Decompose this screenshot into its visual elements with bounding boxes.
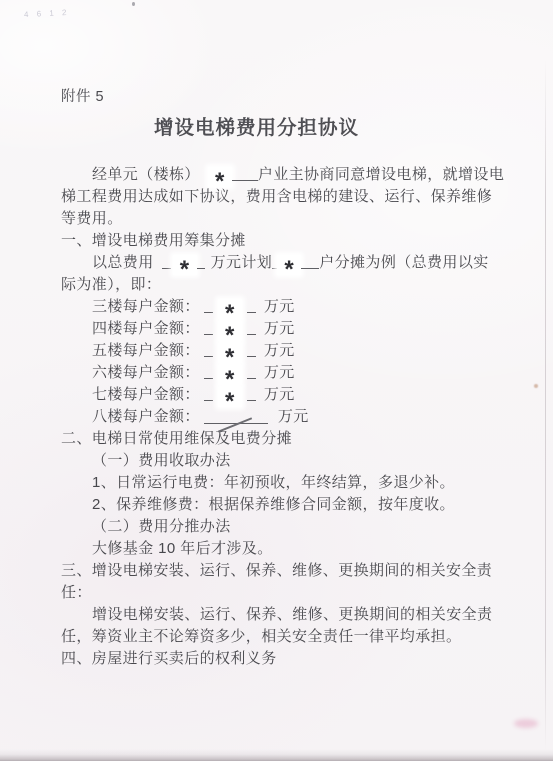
line-text: 三楼每户金额： <box>92 298 200 315</box>
redaction-star-patch: * <box>218 299 242 319</box>
blank-underline <box>197 254 205 269</box>
document-line: 四、房屋进行买卖后的权利义务 <box>61 648 507 670</box>
line-text: 增设电梯安装、运行、保养、维修、更换期间的相关安全责 <box>92 606 492 623</box>
line-text: 户业主协商同意增设电梯，就增设电 <box>258 166 504 183</box>
document-line: 2、保养维修费：根据保养维修合同金额，按年度收。 <box>61 494 507 516</box>
line-text: 万元计划 <box>211 254 273 271</box>
document-line: 经单元（楼栋）*户业主协商同意增设电梯，就增设电 <box>61 164 507 186</box>
spacer <box>256 310 264 311</box>
line-text: （二）费用分推办法 <box>92 518 231 535</box>
paper-edge-line <box>545 60 546 751</box>
scan-speck <box>534 384 538 388</box>
document-line: 六楼每户金额：*万元 <box>61 362 507 384</box>
blank-underline <box>204 320 213 335</box>
blank-underline <box>204 364 213 379</box>
line-text: 二、电梯日常使用维保及电费分摊 <box>61 430 292 447</box>
redaction-star-patch: * <box>218 387 242 407</box>
document-line: （二）费用分推办法 <box>61 516 507 538</box>
redaction-star-patch: * <box>218 321 242 341</box>
spacer <box>256 354 264 355</box>
line-text: 际为准），即： <box>61 276 161 293</box>
spacer <box>200 178 208 179</box>
document-line: 等费用。 <box>61 208 507 230</box>
document-line: 一、增设电梯费用筹集分摊 <box>61 230 507 252</box>
line-text: 三、增设电梯安装、运行、保养、维修、更换期间的相关安全责 <box>61 562 492 579</box>
blank-underline <box>204 342 213 357</box>
document-body: 经单元（楼栋）*户业主协商同意增设电梯，就增设电梯工程费用达成如下协议，费用含电… <box>61 164 507 670</box>
line-text: （一）费用收取办法 <box>92 452 231 469</box>
document-line: 1、日常运行电费：年初预收，年终结算，多退少补。 <box>61 472 507 494</box>
line-text: 任： <box>61 584 92 601</box>
redaction-star-patch: * <box>173 255 197 275</box>
document-line: 大修基金 10 年后才涉及。 <box>61 538 507 560</box>
attachment-label: 附件 5 <box>61 85 104 106</box>
document-line: 四楼每户金额：*万元 <box>61 318 507 340</box>
line-text: 任，筹资业主不论筹资多少，相关安全责任一律平均承担。 <box>61 628 461 645</box>
line-text: 四楼每户金额： <box>92 320 200 337</box>
spacer <box>268 420 278 421</box>
line-text: 八楼每户金额： <box>92 408 200 425</box>
line-text: 一、增设电梯费用筹集分摊 <box>61 232 246 249</box>
line-text: 万元 <box>278 408 309 425</box>
line-text: 大修基金 10 年后才涉及。 <box>92 540 273 557</box>
line-text: 等费用。 <box>61 210 123 227</box>
line-text: 万元 <box>264 386 295 403</box>
pencil-scribble-note: 4 6 1 2 <box>24 8 70 19</box>
asterisk-glyph: * <box>225 326 235 346</box>
document-line: 三、增设电梯安装、运行、保养、维修、更换期间的相关安全责 <box>61 560 507 582</box>
document-line: 五楼每户金额：*万元 <box>61 340 507 362</box>
spacer <box>256 398 264 399</box>
line-text: 经单元（楼栋） <box>92 166 200 183</box>
blank-underline <box>247 342 256 357</box>
blank-underline <box>232 166 258 181</box>
line-text: 五楼每户金额： <box>92 342 200 359</box>
spacer <box>256 332 264 333</box>
blank-underline <box>247 298 256 313</box>
document-line: 八楼每户金额：万元 <box>61 406 507 428</box>
line-text: 梯工程费用达成如下协议，费用含电梯的建设、运行、保养维修 <box>61 188 492 205</box>
document-line: （一）费用收取办法 <box>61 450 507 472</box>
document-line: 二、电梯日常使用维保及电费分摊 <box>61 428 507 450</box>
line-text: 六楼每户金额： <box>92 364 200 381</box>
blank-underline <box>204 298 213 313</box>
blank-underline-with-slash <box>204 408 268 424</box>
asterisk-glyph: * <box>225 370 235 390</box>
blank-underline <box>247 364 256 379</box>
line-text: 万元 <box>264 320 295 337</box>
line-text: 以总费用 <box>92 254 154 271</box>
spacer <box>256 376 264 377</box>
scanned-document-page: 4 6 1 2 附件 5 增设电梯费用分担协议 经单元（楼栋）*户业主协商同意增… <box>0 0 553 761</box>
line-text: 四、房屋进行买卖后的权利义务 <box>61 650 277 667</box>
asterisk-glyph: * <box>180 260 190 280</box>
asterisk-glyph: * <box>284 260 294 280</box>
document-line: 增设电梯安装、运行、保养、维修、更换期间的相关安全责 <box>61 604 507 626</box>
line-text: 户分摊为例（总费用以实 <box>319 254 488 271</box>
line-text: 1、日常运行电费：年初预收，年终结算，多退少补。 <box>92 474 455 491</box>
blank-underline <box>301 254 319 269</box>
document-line: 七楼每户金额：*万元 <box>61 384 507 406</box>
pink-ink-smudge <box>514 719 538 728</box>
document-line: 任，筹资业主不论筹资多少，相关安全责任一律平均承担。 <box>61 626 507 648</box>
document-line: 任： <box>61 582 507 604</box>
scan-speck <box>132 2 135 6</box>
document-line: 三楼每户金额：*万元 <box>61 296 507 318</box>
asterisk-glyph: * <box>215 172 225 192</box>
line-text: 万元 <box>264 298 295 315</box>
scan-bottom-shadow <box>0 749 553 761</box>
document-line: 以总费用*万元计划*户分摊为例（总费用以实 <box>61 252 507 274</box>
blank-underline <box>247 320 256 335</box>
document-title: 增设电梯费用分担协议 <box>0 112 553 140</box>
redaction-star-patch: * <box>218 365 242 385</box>
redaction-star-patch: * <box>208 167 232 187</box>
line-text: 七楼每户金额： <box>92 386 200 403</box>
line-text: 2、保养维修费：根据保养维修合同金额，按年度收。 <box>92 496 455 513</box>
redaction-star-patch: * <box>277 255 301 275</box>
asterisk-glyph: * <box>225 304 235 324</box>
blank-underline <box>162 254 171 269</box>
document-line: 梯工程费用达成如下协议，费用含电梯的建设、运行、保养维修 <box>61 186 507 208</box>
asterisk-glyph: * <box>225 348 235 368</box>
line-text: 万元 <box>264 364 295 381</box>
blank-underline <box>204 386 213 401</box>
spacer <box>154 266 162 267</box>
redaction-star-patch: * <box>218 343 242 363</box>
blank-underline <box>247 386 256 401</box>
line-text: 万元 <box>264 342 295 359</box>
